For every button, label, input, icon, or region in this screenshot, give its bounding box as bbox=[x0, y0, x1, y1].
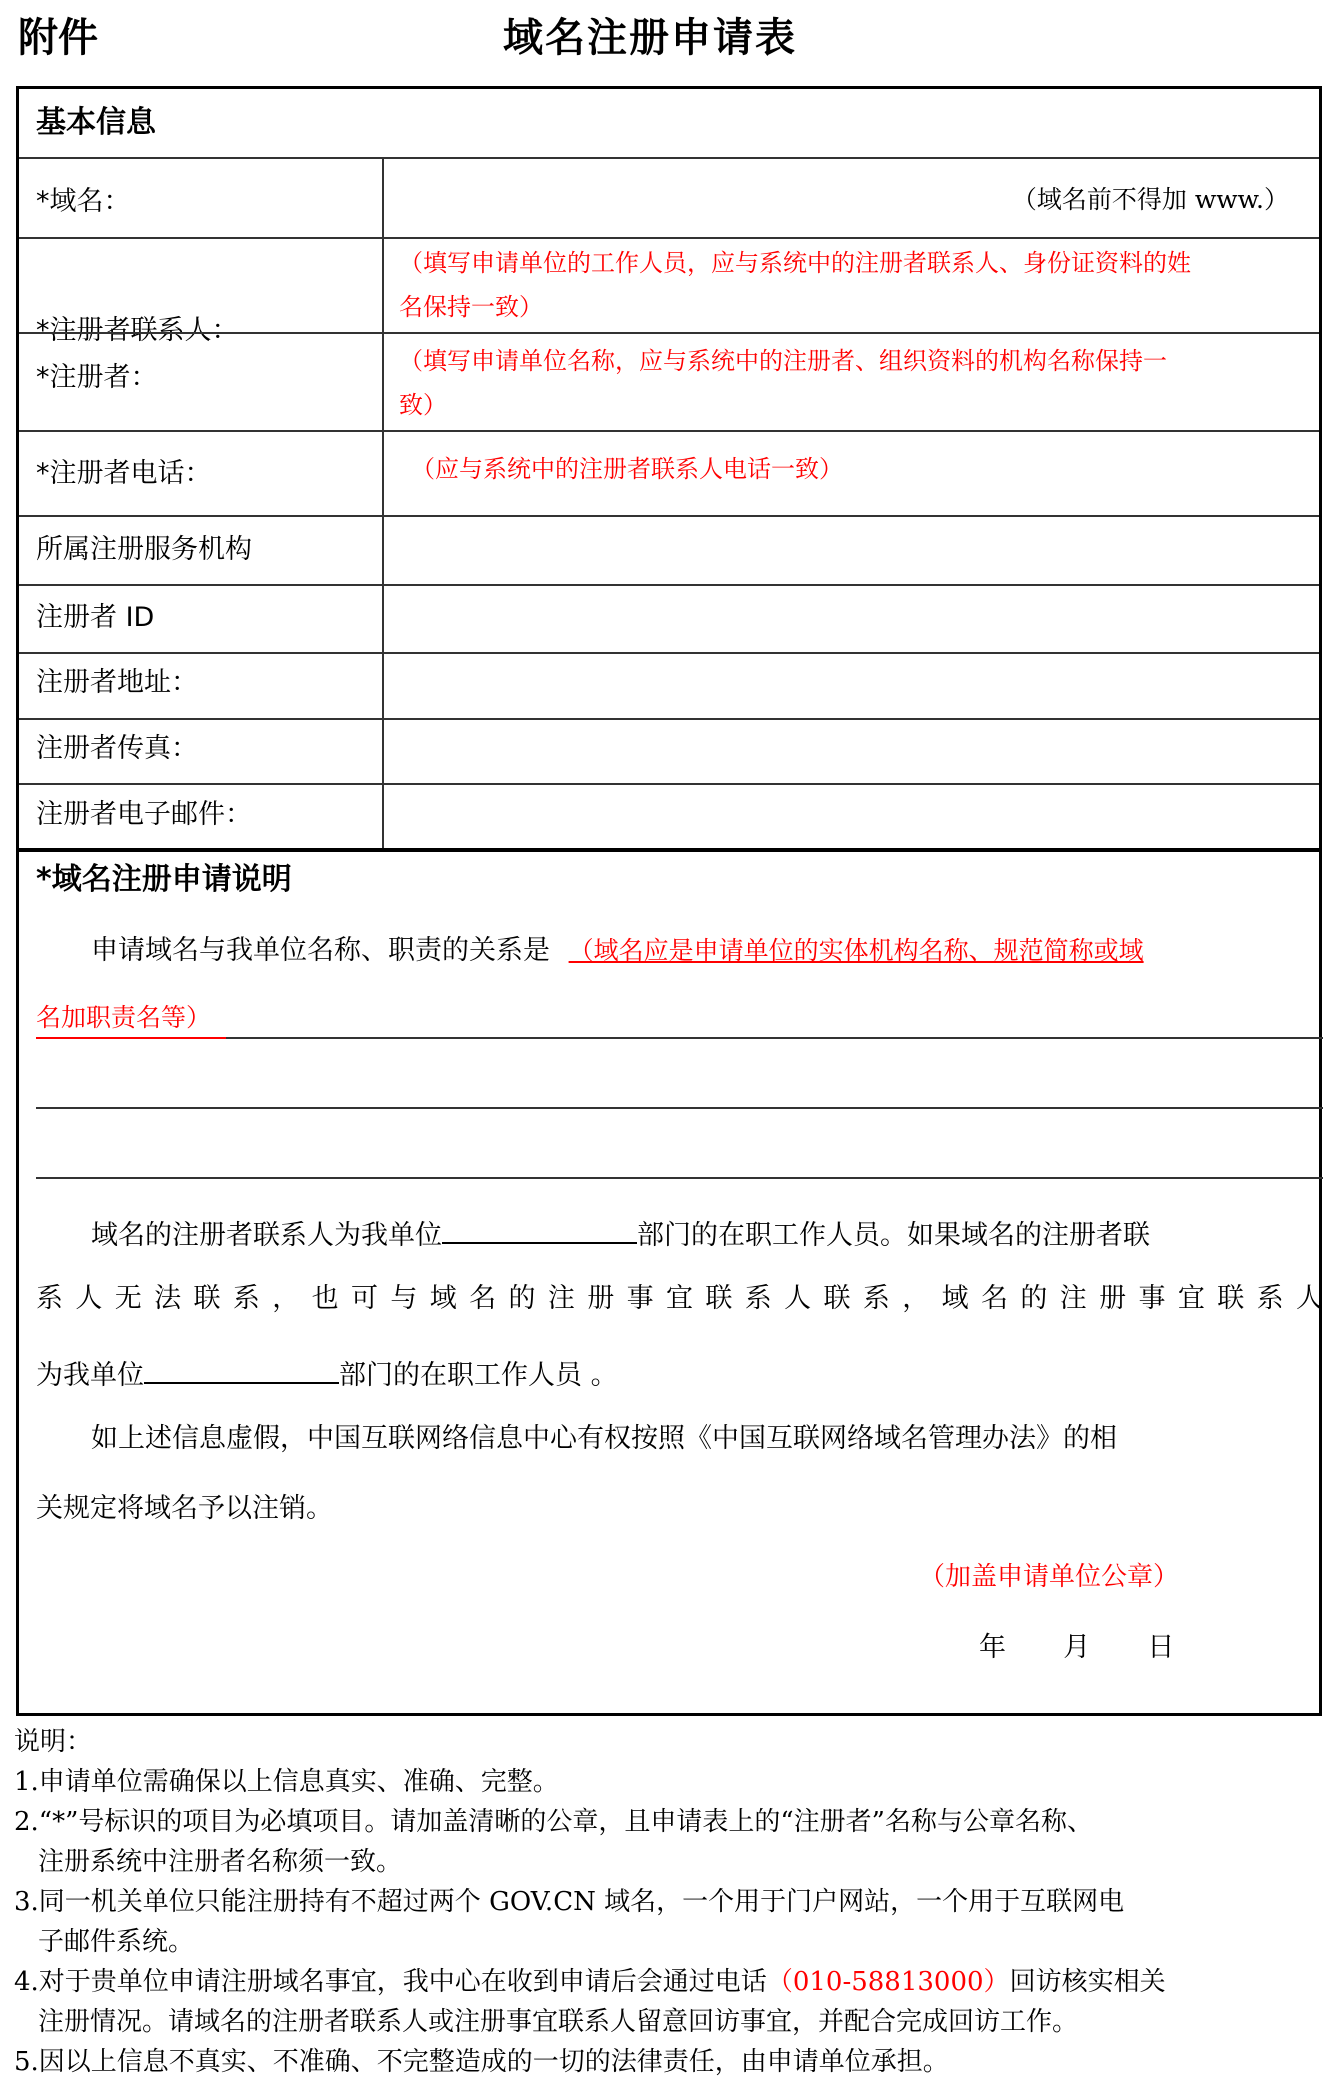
label-registrant-contact: *注册者联系人： bbox=[36, 314, 239, 348]
label-registrant-phone: *注册者电话： bbox=[36, 457, 212, 491]
relation-blank-line-2[interactable] bbox=[36, 1107, 1323, 1109]
registrant-phone-hint: （应与系统中的注册者联系人电话一致） bbox=[411, 455, 843, 483]
application-form-table: 基本信息 *域名： （域名前不得加 www.） *注册者联系人： （填写申请单位… bbox=[16, 86, 1322, 1716]
false-info-line2: 关规定将域名予以注销。 bbox=[36, 1492, 1316, 1526]
relation-underline-red bbox=[36, 1037, 226, 1039]
relation-prefix: 申请域名与我单位名称、职责的关系是 bbox=[91, 935, 550, 966]
divider bbox=[19, 515, 1319, 517]
note-item-3: 3.同一机关单位只能注册持有不超过两个 GOV.CN 域名，一个用于门户网站，一… bbox=[14, 1882, 1314, 1922]
divider bbox=[19, 332, 1319, 334]
relation-hint-line2: 名加职责名等） bbox=[36, 1001, 1316, 1035]
divider bbox=[19, 157, 1319, 159]
contact-para-text-a: 域名的注册者联系人为我单位 bbox=[91, 1220, 442, 1251]
registrant-contact-hint-line1: （填写申请单位的工作人员，应与系统中的注册者联系人、身份证资料的姓 bbox=[399, 241, 1314, 285]
registrant-contact-hint-line2: 名保持一致） bbox=[399, 285, 1314, 329]
divider bbox=[19, 584, 1319, 586]
seal-note: （加盖申请单位公章） bbox=[919, 1560, 1179, 1594]
attachment-label: 附件 bbox=[18, 14, 98, 62]
registrant-id-field[interactable] bbox=[399, 588, 1314, 650]
registrar-field[interactable] bbox=[399, 519, 1314, 583]
registrant-contact-field[interactable]: （填写申请单位的工作人员，应与系统中的注册者联系人、身份证资料的姓 名保持一致） bbox=[399, 241, 1314, 331]
notes-title: 说明： bbox=[14, 1722, 1314, 1762]
label-registrant-fax: 注册者传真： bbox=[36, 732, 198, 766]
note-item-2-cont: 注册系统中注册者名称须一致。 bbox=[14, 1842, 1314, 1882]
relation-blank-line-3[interactable] bbox=[36, 1177, 1323, 1179]
contact-para-line3: 为我单位部门的在职工作人员 。 bbox=[36, 1352, 1316, 1393]
page-title: 域名注册申请表 bbox=[503, 14, 797, 62]
section-divider bbox=[19, 848, 1319, 852]
registrant-fax-field[interactable] bbox=[399, 722, 1314, 782]
note-item-4-cont: 注册情况。请域名的注册者联系人或注册事宜联系人留意回访事宜，并配合完成回访工作。 bbox=[14, 2002, 1314, 2042]
contact-para-text-d: 部门的在职工作人员 。 bbox=[339, 1360, 618, 1391]
registrant-hint-line1: （填写申请单位名称，应与系统中的注册者、组织资料的机构名称保持一 bbox=[399, 339, 1314, 383]
callback-phone: （010-58813000） bbox=[767, 1967, 1010, 1997]
label-registrant-email: 注册者电子邮件： bbox=[36, 798, 252, 832]
registrant-field[interactable]: （填写申请单位名称，应与系统中的注册者、组织资料的机构名称保持一 致） bbox=[399, 339, 1314, 429]
note-item-4-text-a: 4.对于贵单位申请注册域名事宜，我中心在收到申请后会通过电话 bbox=[14, 1967, 767, 1997]
relation-hint-line1[interactable]: （域名应是申请单位的实体机构名称、规范简称或域 bbox=[569, 936, 1144, 965]
affairs-department-blank[interactable] bbox=[144, 1352, 339, 1384]
domain-hint: （域名前不得加 www.） bbox=[1012, 185, 1289, 214]
divider bbox=[19, 652, 1319, 654]
domain-field[interactable]: （域名前不得加 www.） bbox=[1012, 183, 1289, 217]
section-title-basic-info: 基本信息 bbox=[36, 105, 156, 141]
relation-blank-line-1[interactable] bbox=[226, 1037, 1323, 1039]
note-item-4-text-b: 回访核实相关 bbox=[1010, 1967, 1166, 1997]
registrant-phone-field[interactable]: （应与系统中的注册者联系人电话一致） bbox=[411, 447, 1326, 491]
label-domain: *域名： bbox=[36, 185, 131, 219]
divider bbox=[19, 430, 1319, 432]
note-item-3-cont: 子邮件系统。 bbox=[14, 1922, 1314, 1962]
notes-section: 说明： 1.申请单位需确保以上信息真实、准确、完整。 2.“*”号标识的项目为必… bbox=[14, 1722, 1314, 2082]
label-registrant-id: 注册者 ID bbox=[36, 601, 154, 635]
registrant-address-field[interactable] bbox=[399, 656, 1314, 716]
label-registrant-address: 注册者地址： bbox=[36, 666, 198, 700]
contact-para-line1: 域名的注册者联系人为我单位部门的在职工作人员。如果域名的注册者联 bbox=[91, 1212, 1316, 1253]
contact-department-blank[interactable] bbox=[442, 1212, 637, 1244]
contact-para-text-c: 为我单位 bbox=[36, 1360, 144, 1391]
date-day: 日 bbox=[1147, 1632, 1174, 1663]
label-registrant: *注册者： bbox=[36, 361, 158, 395]
label-registrar: 所属注册服务机构 bbox=[36, 533, 252, 567]
date-year: 年 bbox=[979, 1632, 1006, 1663]
date-month: 月 bbox=[1063, 1632, 1090, 1663]
divider bbox=[19, 783, 1319, 785]
registrant-email-field[interactable] bbox=[399, 787, 1314, 847]
divider bbox=[19, 237, 1319, 239]
note-item-5: 5.因以上信息不真实、不准确、不完整造成的一切的法律责任，由申请单位承担。 bbox=[14, 2042, 1314, 2082]
false-info-line1: 如上述信息虚假，中国互联网络信息中心有权按照《中国互联网络域名管理办法》的相 bbox=[91, 1422, 1336, 1456]
relation-line: 申请域名与我单位名称、职责的关系是 （域名应是申请单位的实体机构名称、规范简称或… bbox=[91, 934, 1336, 968]
contact-para-text-b: 部门的在职工作人员。如果域名的注册者联 bbox=[637, 1220, 1150, 1251]
section-title-application: *域名注册申请说明 bbox=[36, 862, 292, 898]
divider bbox=[19, 718, 1319, 720]
date-line: 年 月 日 bbox=[979, 1631, 1174, 1665]
note-item-1: 1.申请单位需确保以上信息真实、准确、完整。 bbox=[14, 1762, 1314, 1802]
contact-para-line2: 系人无法联系，也可与域名的注册事宜联系人联系，域名的注册事宜联系人 bbox=[36, 1282, 1323, 1316]
note-item-2: 2.“*”号标识的项目为必填项目。请加盖清晰的公章，且申请表上的“注册者”名称与… bbox=[14, 1802, 1314, 1842]
registrant-hint-line2: 致） bbox=[399, 383, 1314, 427]
note-item-4: 4.对于贵单位申请注册域名事宜，我中心在收到申请后会通过电话（010-58813… bbox=[14, 1962, 1314, 2002]
column-divider bbox=[382, 159, 384, 849]
